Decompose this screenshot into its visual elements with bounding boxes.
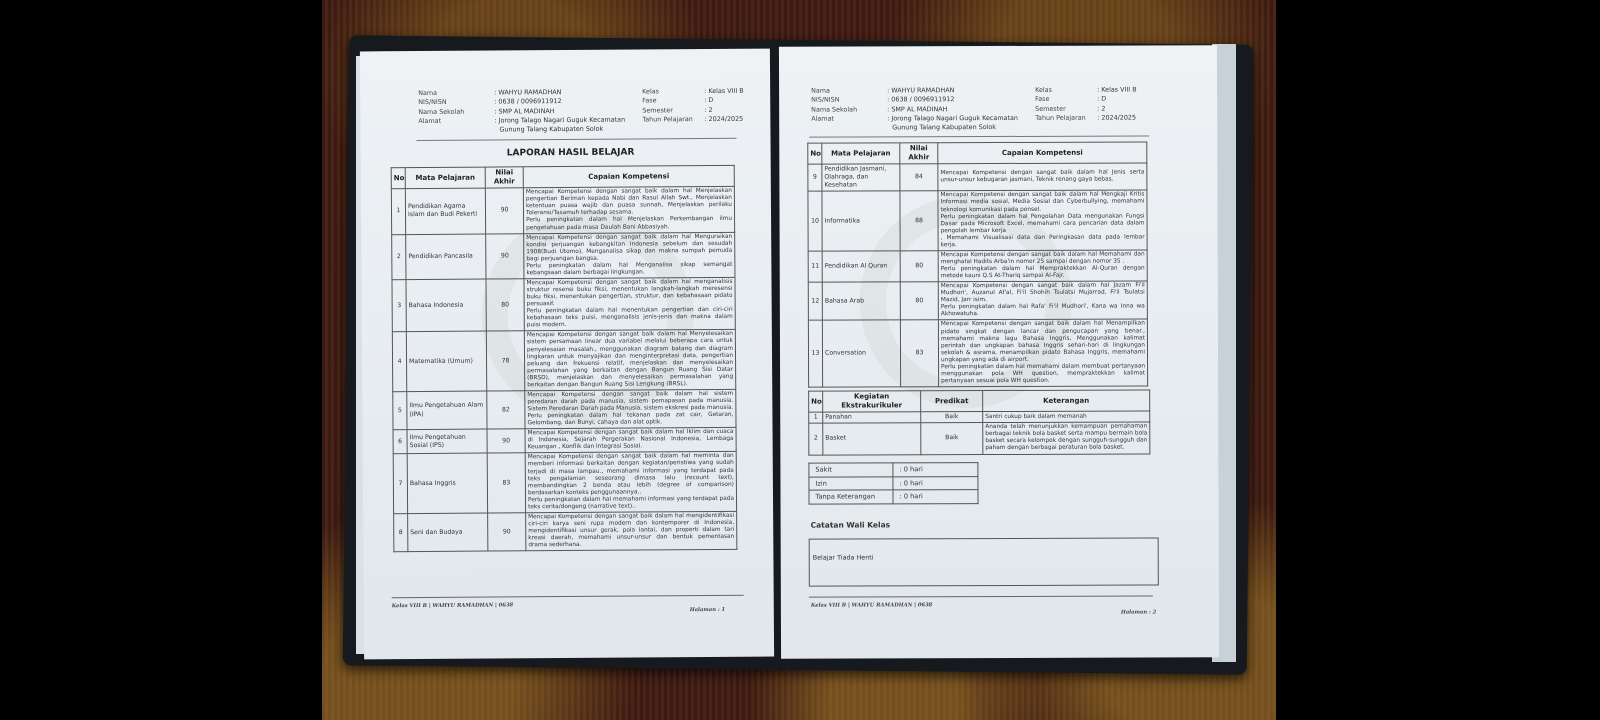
grade-row: 3Bahasa Indonesia80Mencapai Kompetensi d… [392, 277, 735, 332]
grade-score: 90 [486, 233, 524, 279]
label-alamat: Alamat [811, 114, 881, 123]
grade-competency: Mencapai Kompetensi dengan sangat baik d… [524, 330, 735, 391]
value-sekolah: : SMP AL MADINAH [494, 106, 642, 115]
report-page-2: Nama : WAHYU RAMADHAN Kelas : Kelas VIII… [779, 45, 1219, 659]
value-semester: : 2 [1097, 104, 1147, 113]
grade-competency: Mencapai Kompetensi dengan sangat baik d… [938, 163, 1147, 191]
grade-competency: Mencapai Kompetensi dengan sangat baik d… [526, 511, 737, 551]
col-header-no: No [809, 391, 823, 412]
value-tahun: : 2024/2025 [1097, 113, 1147, 122]
student-info-header: Nama : WAHYU RAMADHAN Kelas : Kelas VIII… [811, 85, 1147, 132]
attendance-value: : 0 hari [893, 490, 978, 504]
col-header-nilai: Nilai Akhir [900, 143, 938, 164]
grade-row: 1Pendidikan Agama Islam dan Budi Pekerti… [391, 187, 734, 235]
grade-score: 90 [485, 188, 523, 234]
attendance-table: Sakit: 0 hariIzin: 0 hariTanpa Keteranga… [808, 462, 978, 504]
grade-row: 5Ilmu Pengetahuan Alam (IPA)82Mencapai K… [393, 389, 736, 430]
grade-no: 6 [393, 430, 407, 454]
grade-row: 10Informatika88Mencapai Kompetensi denga… [808, 190, 1147, 251]
col-header-no: No [391, 168, 405, 189]
grade-competency: Mencapai Kompetensi dengan sangat baik d… [523, 187, 734, 234]
grade-no: 11 [808, 251, 822, 282]
grade-score: 83 [487, 453, 525, 513]
grade-competency: Mencapai Kompetensi dengan sangat baik d… [938, 190, 1147, 250]
value-nis: : 0638 / 0096911912 [494, 97, 642, 106]
header-divider [809, 135, 1149, 137]
grade-no: 5 [393, 391, 407, 429]
grade-subject: Pendidikan Pancasila [406, 234, 486, 280]
grade-subject: Bahasa Indonesia [406, 279, 486, 332]
grade-score: 84 [900, 164, 938, 191]
ekskul-keterangan: Santri cukup baik dalam memanah [983, 411, 1150, 423]
grade-row: 6Ilmu Pengetahuan Sosial (IPS)90Mencapai… [393, 428, 736, 455]
ekstrakurikuler-table: No Kegiatan Ekstrakurikuler Predikat Ket… [808, 389, 1150, 455]
grade-no: 10 [808, 191, 822, 251]
value-sekolah: : SMP AL MADINAH [887, 105, 1035, 114]
col-header-capaian: Capaian Kompetensi [523, 165, 734, 188]
grade-no: 3 [392, 280, 406, 333]
grade-subject: Ilmu Pengetahuan Alam (IPA) [407, 391, 487, 430]
grade-competency: Mencapai Kompetensi dengan sangat baik d… [525, 428, 736, 454]
grade-no: 1 [391, 189, 405, 234]
ekskul-activity: Basket [823, 423, 921, 455]
label-nama: Nama [811, 86, 881, 95]
footer-divider [809, 595, 1153, 597]
grade-subject: Matematika (Umum) [406, 331, 486, 391]
footer-student-info: Kelas VIII B | WAHYU RAMADHAN | 0638 [811, 602, 932, 609]
grade-score: 78 [486, 331, 524, 391]
label-sekolah: Nama Sekolah [811, 105, 881, 114]
label-kelas: Kelas [642, 87, 698, 96]
attendance-row: Tanpa Keterangan: 0 hari [809, 490, 978, 504]
grade-row: 8Seni dan Budaya90Mencapai Kompetensi de… [394, 511, 737, 552]
grade-score: 80 [900, 251, 938, 282]
grade-subject: Pendidikan Jasmani, Olahraga, dan Keseha… [822, 164, 900, 191]
value-nis: : 0638 / 0096911912 [887, 95, 1035, 104]
grade-no: 13 [808, 321, 822, 388]
catatan-wali-kelas-box: Belajar Tiada Henti [809, 537, 1159, 586]
value-semester: : 2 [704, 105, 754, 114]
ekskul-row: 2BasketBaikAnanda telah menunjukkan kema… [809, 422, 1150, 454]
grade-competency: Mencapai Kompetensi dengan sangat baik d… [938, 250, 1147, 282]
attendance-row: Izin: 0 hari [809, 476, 978, 490]
label-fase: Fase [642, 96, 698, 105]
grade-no: 12 [808, 282, 822, 320]
grade-subject: Pendidikan Agama Islam dan Budi Pekerti [405, 188, 485, 234]
col-header-mapel: Mata Pelajaran [822, 143, 900, 164]
label-nis: NIS/NISN [418, 98, 488, 107]
grade-score: 82 [487, 391, 525, 430]
value-tahun: : 2024/2025 [704, 115, 754, 124]
label-tahun: Tahun Pelajaran [642, 115, 698, 124]
attendance-row: Sakit: 0 hari [809, 463, 978, 477]
grade-competency: Mencapai Kompetensi dengan sangat baik d… [524, 232, 735, 279]
grade-row: 2Pendidikan Pancasila90Mencapai Kompeten… [392, 232, 735, 280]
grade-subject: Seni dan Budaya [408, 513, 488, 552]
grade-score: 90 [488, 513, 526, 552]
grade-subject: Ilmu Pengetahuan Sosial (IPS) [407, 429, 487, 454]
grade-competency: Mencapai Kompetensi dengan sangat baik d… [525, 452, 736, 513]
col-header-nilai: Nilai Akhir [485, 167, 523, 188]
value-alamat: : Jorong Talago Nagari Guguk Kecamatan [887, 114, 1035, 123]
grade-score: 80 [900, 282, 938, 320]
label-kelas: Kelas [1035, 86, 1091, 95]
value-fase: : D [1097, 95, 1147, 104]
ekskul-predikat: Baik [921, 412, 983, 423]
value-kelas: : Kelas VIII B [704, 87, 754, 96]
ekskul-keterangan: Ananda telah menunjukkan kemampuan pemah… [983, 422, 1150, 454]
grade-row: 12Bahasa Arab80Mencapai Kompetensi denga… [808, 281, 1147, 320]
col-header-no: No [808, 143, 822, 164]
grades-table-page-2: No Mata Pelajaran Nilai Akhir Capaian Ko… [807, 141, 1148, 387]
label-nama: Nama [418, 89, 488, 98]
label-alamat: Alamat [418, 117, 488, 126]
label-sekolah: Nama Sekolah [418, 107, 488, 116]
report-page-1: Nama : WAHYU RAMADHAN Kelas : Kelas VIII… [360, 49, 774, 660]
header-divider [417, 138, 737, 141]
grade-subject: Conversation [822, 320, 900, 387]
attendance-label: Tanpa Keterangan [809, 490, 893, 504]
grade-no: 9 [808, 164, 822, 191]
grade-subject: Bahasa Arab [822, 282, 900, 321]
grade-score: 83 [900, 320, 938, 387]
attendance-value: : 0 hari [893, 463, 978, 477]
grade-competency: Mencapai Kompetensi dengan sangat baik d… [938, 319, 1147, 386]
grade-competency: Mencapai Kompetensi dengan sangat baik d… [525, 389, 736, 429]
grade-subject: Bahasa Inggris [407, 453, 487, 513]
value-alamat-2: Gunung Talang Kabupaten Solok [887, 123, 1035, 132]
footer-page-number: Halaman : 2 [1121, 609, 1156, 616]
label-tahun: Tahun Pelajaran [1035, 114, 1091, 123]
footer-student-info: Kelas VIII B | WAHYU RAMADHAN | 0638 [392, 602, 513, 610]
col-header-keterangan: Keterangan [983, 390, 1150, 412]
grade-row: 9Pendidikan Jasmani, Olahraga, dan Keseh… [808, 163, 1147, 191]
value-alamat-2: Gunung Talang Kabupaten Solok [494, 125, 642, 134]
col-header-kegiatan: Kegiatan Ekstrakurikuler [823, 391, 921, 413]
col-header-predikat: Predikat [921, 391, 983, 412]
col-header-mapel: Mata Pelajaran [405, 167, 485, 189]
student-info-header: Nama : WAHYU RAMADHAN Kelas : Kelas VIII… [418, 87, 754, 135]
ekskul-no: 2 [809, 423, 823, 454]
value-kelas: : Kelas VIII B [1097, 85, 1147, 94]
catatan-wali-kelas-text: Belajar Tiada Henti [813, 553, 874, 561]
grade-no: 4 [392, 332, 406, 392]
grade-no: 8 [394, 513, 408, 551]
grade-row: 7Bahasa Inggris83Mencapai Kompetensi den… [393, 452, 736, 514]
label-fase: Fase [1035, 95, 1091, 104]
value-nama: : WAHYU RAMADHAN [887, 86, 1035, 95]
value-nama: : WAHYU RAMADHAN [494, 87, 642, 96]
grade-no: 2 [392, 234, 406, 279]
grade-row: 13Conversation83Mencapai Kompetensi deng… [808, 319, 1147, 387]
grade-score: 90 [487, 429, 525, 453]
footer-page-number: Halaman : 1 [690, 607, 725, 614]
grades-table-page-1: No Mata Pelajaran Nilai Akhir Capaian Ko… [391, 165, 738, 553]
grade-row: 4Matematika (Umum)78Mencapai Kompetensi … [392, 330, 735, 392]
value-alamat: : Jorong Talago Nagari Guguk Kecamatan [494, 115, 642, 124]
attendance-label: Sakit [809, 463, 893, 477]
label-semester: Semester [1035, 104, 1091, 113]
footer-divider [392, 595, 744, 598]
grade-no: 7 [393, 454, 407, 514]
grade-row: 11Pendidikan Al Quran80Mencapai Kompeten… [808, 250, 1147, 282]
report-title: LAPORAN HASIL BELAJAR [401, 147, 741, 161]
grade-score: 80 [486, 279, 524, 332]
value-fase: : D [704, 96, 754, 105]
ekskul-no: 1 [809, 412, 823, 423]
grade-score: 88 [900, 191, 938, 251]
grade-subject: Informatika [822, 191, 900, 251]
ekskul-predikat: Baik [921, 423, 983, 454]
label-semester: Semester [642, 106, 698, 115]
ekskul-activity: Panahan [823, 412, 921, 423]
grade-competency: Mencapai Kompetensi dengan sangat baik d… [938, 281, 1147, 320]
attendance-value: : 0 hari [893, 476, 978, 490]
grade-competency: Mencapai Kompetensi dengan sangat baik d… [524, 277, 735, 331]
col-header-capaian: Capaian Kompetensi [938, 142, 1147, 164]
attendance-label: Izin [809, 476, 893, 490]
catatan-wali-kelas-title: Catatan Wali Kelas [811, 520, 891, 530]
label-nis: NIS/NISN [811, 96, 881, 105]
grade-subject: Pendidikan Al Quran [822, 251, 900, 283]
